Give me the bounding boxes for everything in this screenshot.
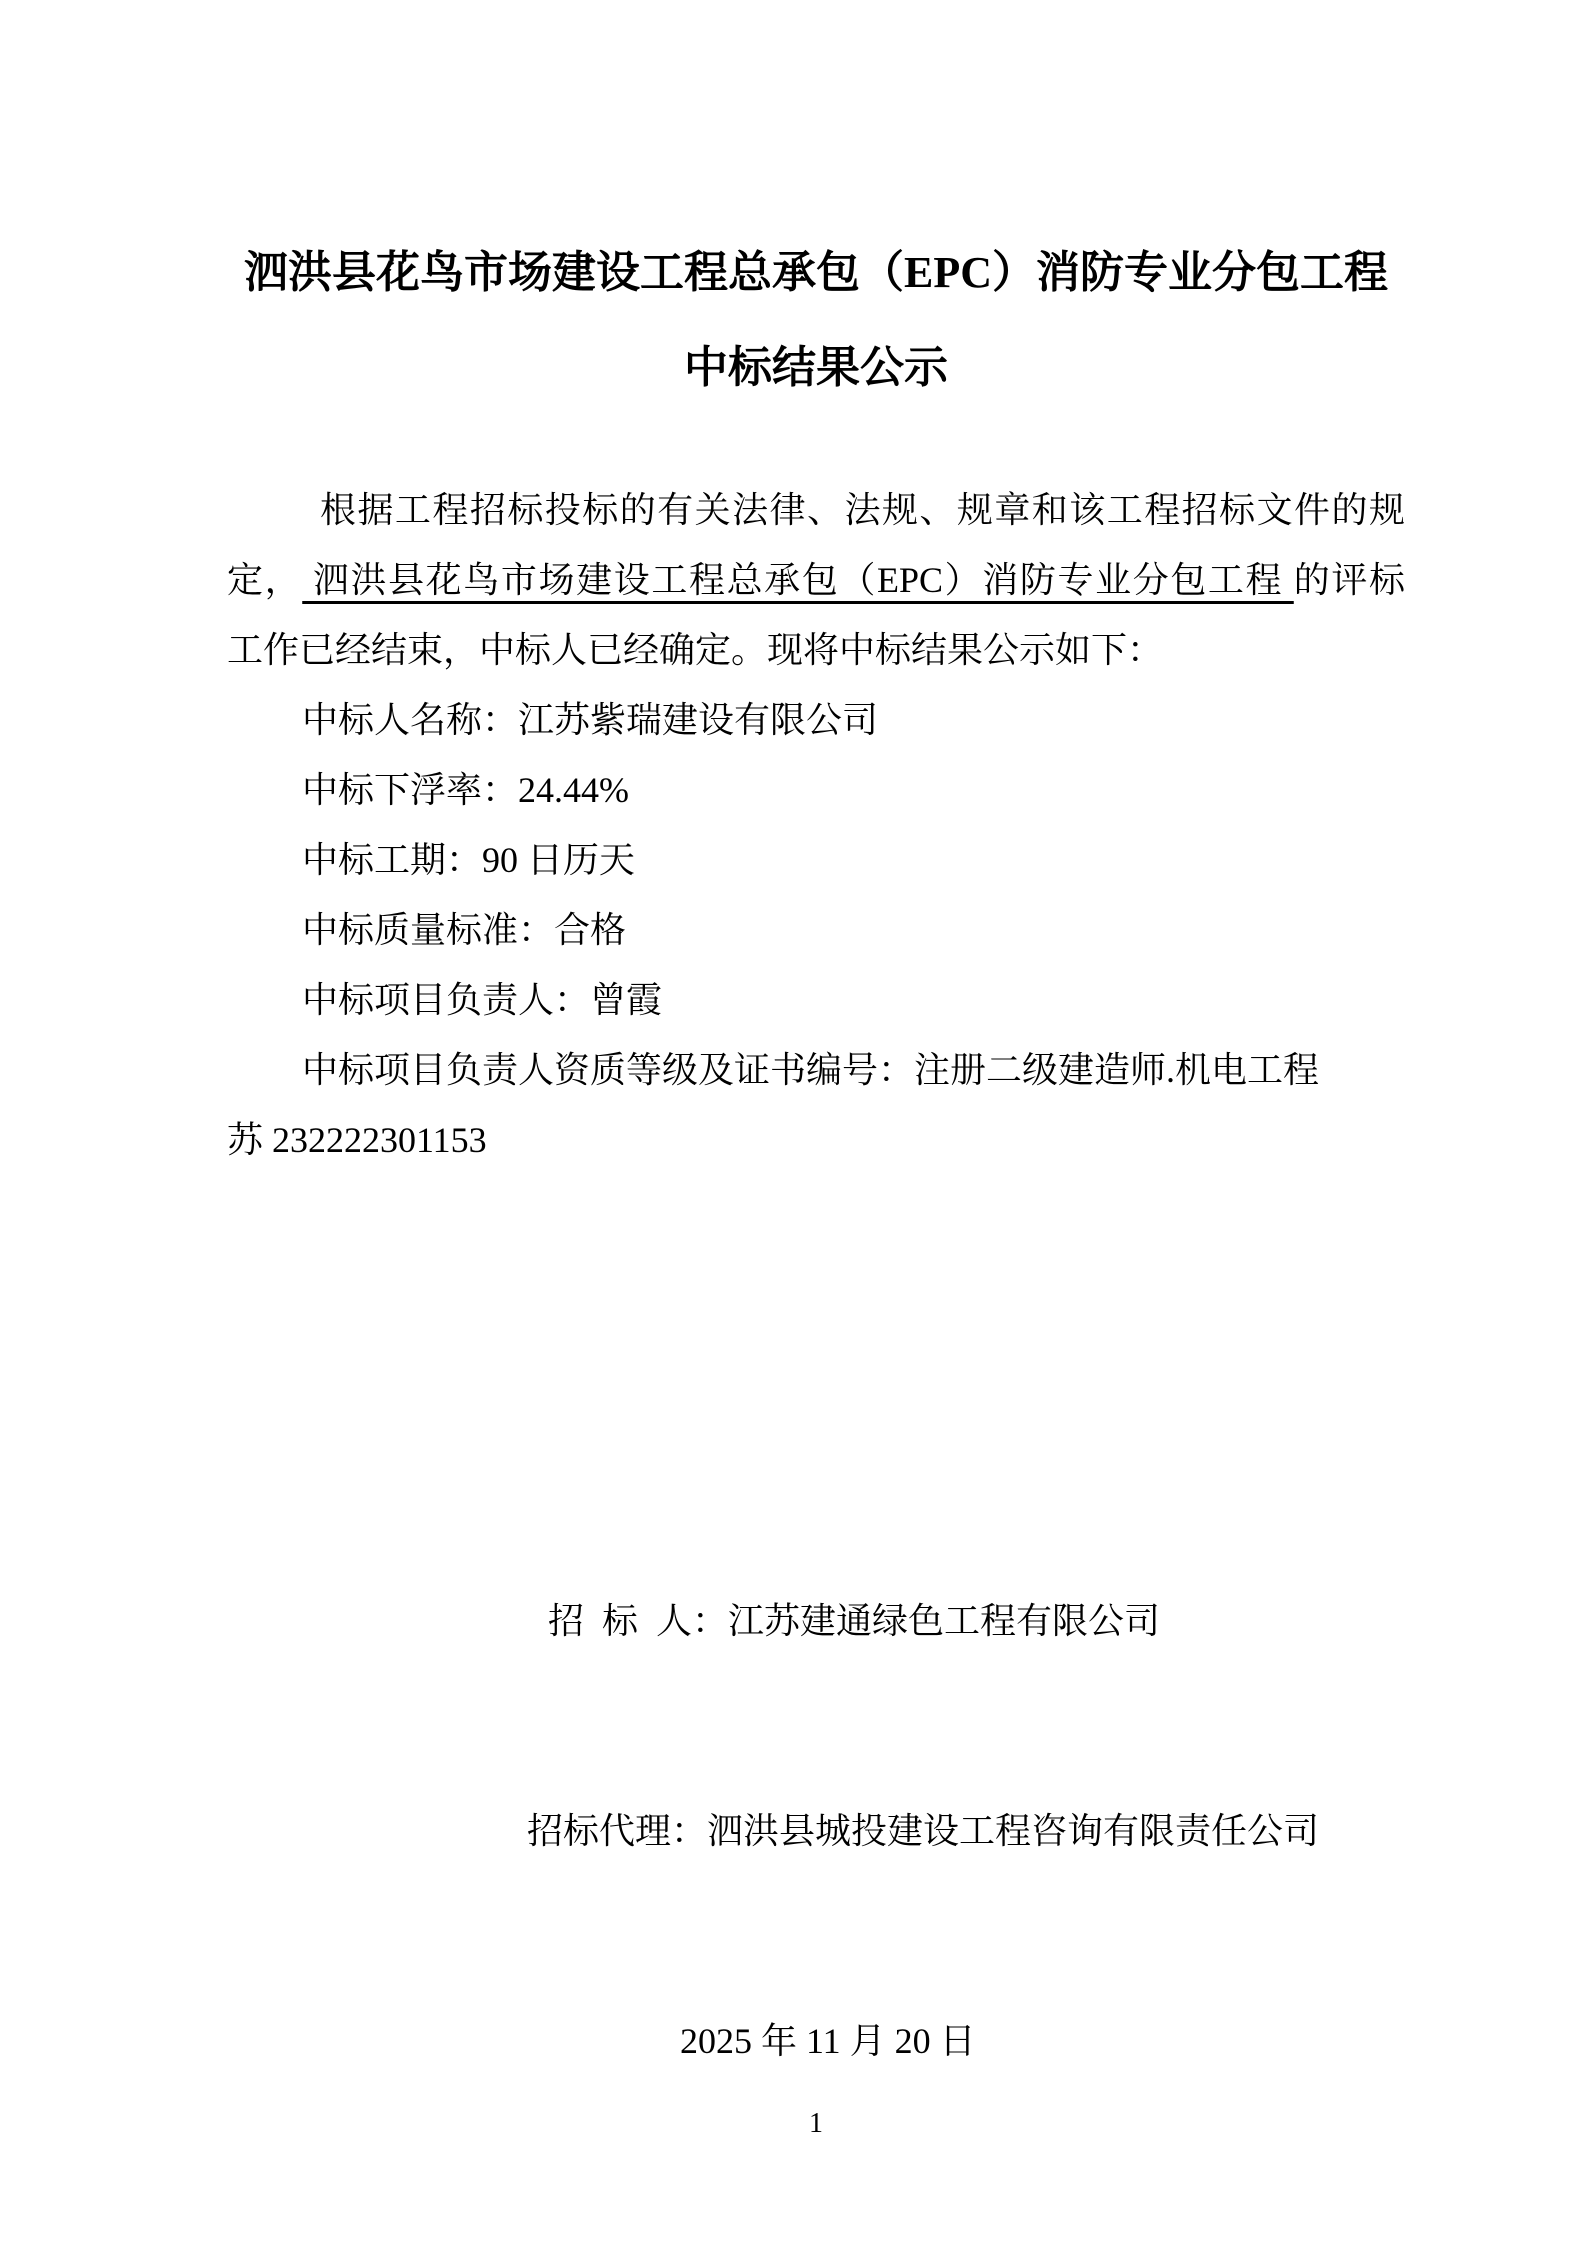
signature-block: 招 标 人：江苏建通绿色工程有限公司 招标代理：泗洪县城投建设工程咨询有限责任公… (227, 1446, 1405, 2216)
bid-certificate-number-line: 苏 232222301153 (227, 1105, 1405, 1175)
document-body: 根据工程招标投标的有关法律、法规、规章和该工程招标文件的规 定， 泗洪县花鸟市场… (227, 475, 1405, 1175)
paragraph-line-2-suffix: 的评标 (1294, 560, 1405, 600)
bid-winner-name-line: 中标人名称：江苏紫瑞建设有限公司 (227, 685, 1405, 755)
bid-discount-rate-line: 中标下浮率：24.44% (227, 755, 1405, 825)
paragraph-line-1: 根据工程招标投标的有关法律、法规、规章和该工程招标文件的规 (227, 475, 1405, 545)
title-line-2: 中标结果公示 (227, 320, 1405, 415)
bid-duration-line: 中标工期：90 日历天 (227, 825, 1405, 895)
document-title: 泗洪县花鸟市场建设工程总承包（EPC）消防专业分包工程 中标结果公示 (227, 0, 1405, 415)
document-page: 泗洪县花鸟市场建设工程总承包（EPC）消防专业分包工程 中标结果公示 根据工程招… (0, 0, 1587, 2245)
project-name-underlined: 泗洪县花鸟市场建设工程总承包（EPC）消防专业分包工程 (302, 560, 1294, 600)
paragraph-line-3: 工作已经结束，中标人已经确定。现将中标结果公示如下： (227, 615, 1405, 685)
bid-quality-standard-line: 中标质量标准：合格 (227, 895, 1405, 965)
tenderer-line: 招 标 人：江苏建通绿色工程有限公司 (227, 1586, 1405, 1656)
date-line: 2025 年 11 月 20 日 (227, 2006, 1405, 2076)
document-content: 泗洪县花鸟市场建设工程总承包（EPC）消防专业分包工程 中标结果公示 根据工程招… (227, 0, 1405, 2216)
bid-certificate-line: 中标项目负责人资质等级及证书编号：注册二级建造师.机电工程 (227, 1035, 1405, 1105)
bid-project-manager-line: 中标项目负责人：曾霞 (227, 965, 1405, 1035)
tender-agent-line: 招标代理：泗洪县城投建设工程咨询有限责任公司 (227, 1796, 1405, 1866)
title-line-1: 泗洪县花鸟市场建设工程总承包（EPC）消防专业分包工程 (227, 225, 1405, 320)
page-number: 1 (227, 2104, 1405, 2144)
paragraph-line-2: 定， 泗洪县花鸟市场建设工程总承包（EPC）消防专业分包工程 的评标 (227, 545, 1405, 615)
paragraph-line-2-prefix: 定， (227, 560, 302, 600)
